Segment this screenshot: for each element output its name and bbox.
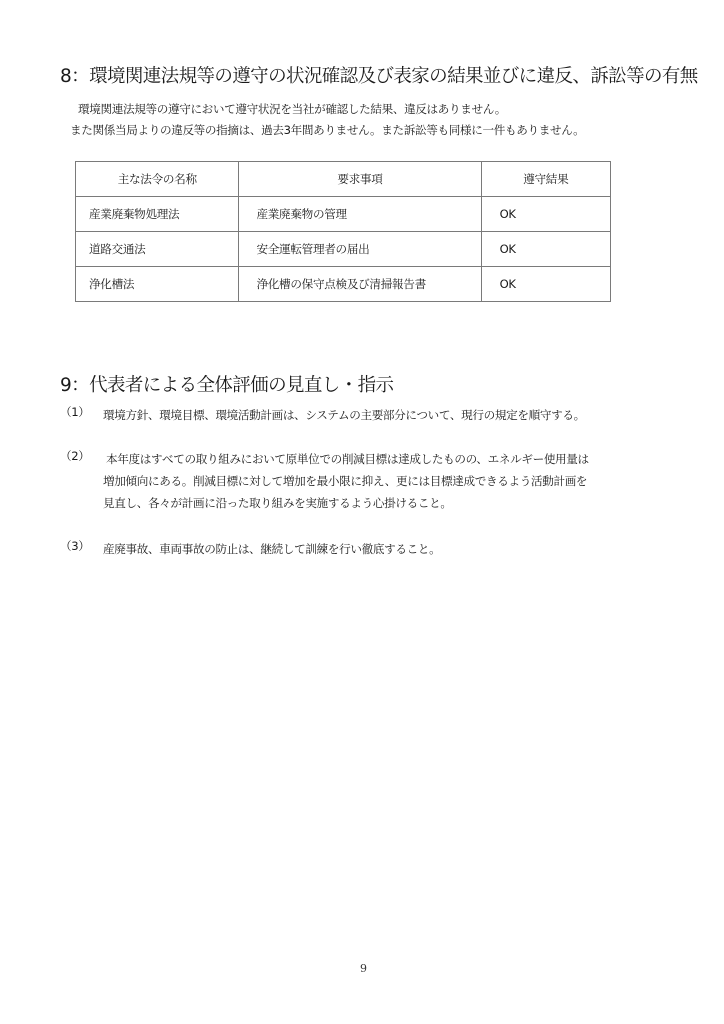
item-line: 見直し、各々が計画に沿った取り組みを実施するよう心掛けること。 [103, 492, 589, 514]
law-name-cell: 道路交通法 [76, 232, 239, 267]
item-text: 環境方針、環境目標、環境活動計画は、システムの主要部分について、現行の規定を順守… [103, 404, 585, 426]
table-row: 浄化槽法 浄化槽の保守点検及び清掃報告書 OK [76, 267, 611, 302]
table-row: 道路交通法 安全運転管理者の届出 OK [76, 232, 611, 267]
result-cell: OK [481, 232, 610, 267]
laws-compliance-table: 主な法令の名称 要求事項 遵守結果 産業廃棄物処理法 産業廃棄物の管理 OK 道… [75, 161, 611, 302]
result-cell: OK [481, 267, 610, 302]
law-name-cell: 浄化槽法 [76, 267, 239, 302]
header-requirement: 要求事項 [239, 162, 481, 197]
result-cell: OK [481, 197, 610, 232]
item-text: 本年度はすべての取り組みにおいて原単位での削減目標は達成したものの、エネルギー使… [103, 448, 589, 514]
requirement-cell: 安全運転管理者の届出 [239, 232, 481, 267]
item-line: 増加傾向にある。削減目標に対して増加を最小限に抑え、更には目標達成できるよう活動… [103, 470, 589, 492]
page-number: 9 [360, 962, 367, 975]
header-compliance-result: 遵守結果 [481, 162, 610, 197]
table-row: 産業廃棄物処理法 産業廃棄物の管理 OK [76, 197, 611, 232]
item-number: （1） [60, 404, 90, 420]
section-9-heading: 9：代表者による全体評価の見直し・指示 [60, 371, 393, 397]
section-8-paragraph-line-2: また関係当局よりの違反等の指摘は、過去3年間ありません。また訴訟等も同様に一件も… [70, 122, 584, 138]
section-8-paragraph-line-1: 環境関連法規等の遵守において遵守状況を当社が確認した結果、違反はありません。 [78, 101, 506, 117]
section-8-heading: 8：環境関連法規等の遵守の状況確認及び表家の結果並びに違反、訴訟等の有無 [60, 62, 698, 88]
item-number: （3） [60, 538, 90, 554]
item-number: （2） [60, 448, 90, 464]
requirement-cell: 浄化槽の保守点検及び清掃報告書 [239, 267, 481, 302]
requirement-cell: 産業廃棄物の管理 [239, 197, 481, 232]
item-text: 産廃事故、車両事故の防止は、継続して訓練を行い徹底すること。 [103, 538, 440, 560]
item-line: 本年度はすべての取り組みにおいて原単位での削減目標は達成したものの、エネルギー使… [103, 448, 589, 470]
header-law-name: 主な法令の名称 [76, 162, 239, 197]
table-header-row: 主な法令の名称 要求事項 遵守結果 [76, 162, 611, 197]
item-line: 環境方針、環境目標、環境活動計画は、システムの主要部分について、現行の規定を順守… [103, 404, 585, 426]
item-line: 産廃事故、車両事故の防止は、継続して訓練を行い徹底すること。 [103, 538, 440, 560]
law-name-cell: 産業廃棄物処理法 [76, 197, 239, 232]
